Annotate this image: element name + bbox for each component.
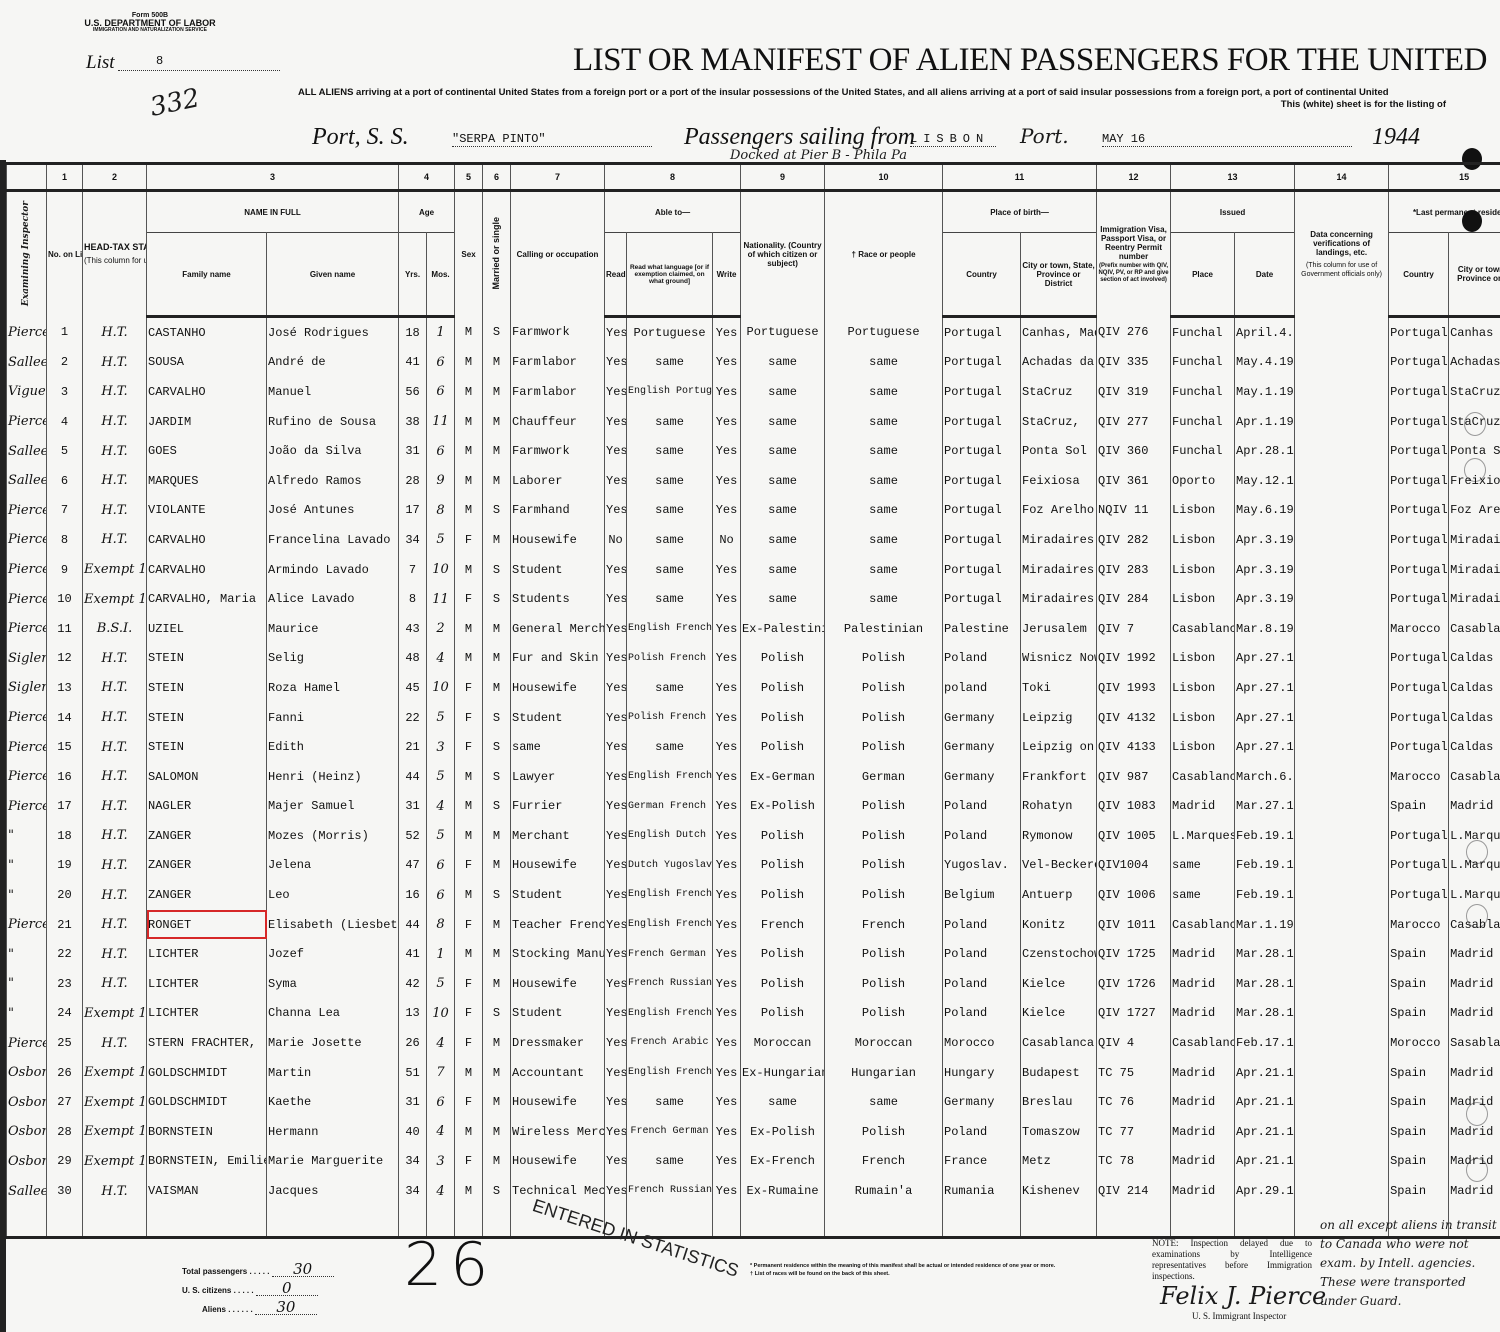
marital-status-cell: S (483, 999, 511, 1029)
issued-place: Madrid (1172, 1066, 1215, 1080)
nationality: same (768, 415, 797, 429)
verification-data-cell (1295, 1117, 1389, 1147)
verification-data-cell (1295, 999, 1389, 1029)
residence-country-cell: Morocco (1389, 1028, 1449, 1058)
age-months: 1 (436, 947, 444, 962)
issued-date: Apr.21.1944 (1236, 1125, 1295, 1139)
age-years: 13 (405, 1006, 419, 1020)
issued-place-cell: Lisbon (1171, 644, 1235, 674)
passenger-row: Sallee5H.T.GOESJoão da Silva316MMFarmwor… (7, 436, 1500, 466)
inspector-initials: Pierce (8, 325, 47, 340)
birth-city-cell: Frankfort (1021, 762, 1097, 792)
age-years-cell: 38 (399, 407, 427, 437)
occupation: Accountant (512, 1066, 584, 1080)
occupation-cell: Teacher French (511, 910, 605, 940)
issued-date: Apr.3.1944 (1236, 533, 1295, 547)
sex: F (465, 533, 472, 547)
list-number-cell: 5 (47, 436, 83, 466)
read-language-cell: same (627, 407, 713, 437)
birth-city-cell: Foz Arelho (1021, 496, 1097, 526)
footnote-residence: * Permanent residence within the meaning… (750, 1262, 1055, 1270)
visa-number-cell: QIV1004 (1097, 851, 1171, 881)
list-number: 6 (61, 474, 68, 488)
birth-country: Poland (944, 1125, 987, 1139)
visa-number: TC 76 (1098, 1095, 1134, 1109)
inspector-initials-cell: " (7, 939, 47, 969)
sex-cell: M (455, 644, 483, 674)
age-months: 7 (436, 1065, 444, 1080)
read-language-cell: English French German (627, 1058, 713, 1088)
marital-status: M (493, 1036, 500, 1050)
issued-place: Lisbon (1172, 681, 1215, 695)
age-months-cell: 4 (427, 644, 455, 674)
head-tax-status-cell: H.T. (83, 821, 147, 851)
inspector-initials: Sallee (8, 1184, 47, 1199)
can-write: No (719, 533, 733, 547)
birth-country: Germany (944, 1095, 994, 1109)
nationality: same (768, 385, 797, 399)
can-read: Yes (606, 770, 627, 784)
marital-status: S (493, 503, 500, 517)
occupation: Students (512, 592, 570, 606)
head-tax-status-cell: H.T. (83, 792, 147, 822)
can-write-cell: Yes (713, 407, 741, 437)
issued-place: Casablanca (1172, 622, 1235, 636)
list-number-cell: 25 (47, 1028, 83, 1058)
read-language: same (655, 415, 684, 429)
sex: M (465, 563, 472, 577)
visa-number: QIV 4133 (1098, 740, 1156, 754)
family-name: GOLDSCHMIDT (148, 1095, 227, 1109)
list-number-cell: 29 (47, 1147, 83, 1177)
read-language: same (655, 1095, 684, 1109)
col-number: 13 (1171, 164, 1295, 191)
read-language-cell: Polish French English (627, 703, 713, 733)
list-number-cell: 20 (47, 880, 83, 910)
issued-place-cell: Madrid (1171, 1087, 1235, 1117)
race-people-cell: same (825, 525, 943, 555)
verification-data-cell (1295, 614, 1389, 644)
birth-country: Portugal (944, 474, 1002, 488)
can-write-cell: Yes (713, 1087, 741, 1117)
residence-country: Spain (1390, 1095, 1426, 1109)
visa-number-cell: QIV 1083 (1097, 792, 1171, 822)
issued-date: Mar.27.1944 (1236, 799, 1295, 813)
occupation: Farmlabor (512, 355, 577, 369)
race-people: Moroccan (855, 1036, 913, 1050)
race-people: Hungarian (851, 1066, 916, 1080)
residence-city: Canhas Madeira (1450, 326, 1500, 340)
nationality: Polish (761, 858, 804, 872)
inspector-initials: Sigler (8, 680, 47, 695)
issued-date-cell: Apr.21.1944 (1235, 1147, 1295, 1177)
issued-place-cell: Lisbon (1171, 555, 1235, 585)
nationality: Polish (761, 888, 804, 902)
head-tax-status: H.T. (101, 414, 127, 429)
read-language-cell: German French English (627, 792, 713, 822)
can-read: Yes (606, 1154, 627, 1168)
can-read: Yes (606, 977, 627, 991)
visa-number-cell: QIV 319 (1097, 377, 1171, 407)
residence-city-cell: Caldas Rainha (1449, 644, 1500, 674)
read-language: English French German (628, 624, 711, 634)
family-name: LICHTER (148, 947, 198, 961)
list-number: 8 (156, 54, 163, 68)
header-place-of-birth: Place of birth— (943, 191, 1097, 233)
marital-status: M (493, 918, 500, 932)
given-name-cell: Channa Lea (267, 999, 399, 1029)
verification-data-cell (1295, 525, 1389, 555)
handwritten-footer-note: on all except aliens in transit to Canad… (1320, 1216, 1500, 1311)
race-people-cell: Polish (825, 1117, 943, 1147)
given-name: Armindo Lavado (268, 563, 369, 577)
race-people: Polish (862, 740, 905, 754)
sex: M (465, 1184, 472, 1198)
birth-country: Portugal (944, 355, 1002, 369)
passenger-row: Sallee30H.T.VAISMANJacques344MSTechnical… (7, 1176, 1500, 1206)
visa-number-cell: QIV 283 (1097, 555, 1171, 585)
verification-data-cell (1295, 732, 1389, 762)
birth-city: Metz (1022, 1154, 1051, 1168)
visa-number: QIV 4132 (1098, 711, 1156, 725)
race-people: same (869, 444, 898, 458)
birth-country-cell: Portugal (943, 496, 1021, 526)
head-tax-status: H.T. (101, 473, 127, 488)
page-subtitle: ALL ALIENS arriving at a port of contine… (298, 87, 1446, 111)
birth-country: Portugal (944, 503, 1002, 517)
visa-number: QIV 1992 (1098, 651, 1156, 665)
header-residence-city: City or town, State, Province or Distric… (1449, 233, 1500, 317)
occupation-cell: Farmwork (511, 317, 605, 348)
list-number: 25 (57, 1036, 71, 1050)
age-years: 44 (405, 918, 419, 932)
issued-date-cell: Apr.21.1944 (1235, 1087, 1295, 1117)
issued-date: Apr.21.1944 (1236, 1154, 1295, 1168)
nationality: same (768, 1095, 797, 1109)
issued-place-cell: Funchal (1171, 436, 1235, 466)
birth-country-cell: Poland (943, 792, 1021, 822)
passenger-row: Osborne29Exempt 105.3cBORNSTEIN, EmilieM… (7, 1147, 1500, 1177)
residence-country: Spain (1390, 799, 1426, 813)
residence-country-cell: Portugal (1389, 555, 1449, 585)
age-years: 21 (405, 740, 419, 754)
read-language: Dutch Yugoslav. (628, 861, 711, 871)
birth-country: Morocco (944, 1036, 994, 1050)
birth-country-cell: Palestine (943, 614, 1021, 644)
given-name-cell: Francelina Lavado (267, 525, 399, 555)
verification-data-cell (1295, 555, 1389, 585)
occupation: Technical Mechanic (512, 1184, 605, 1198)
family-name-cell: CARVALHO (147, 377, 267, 407)
residence-city: StaCruz, (1450, 415, 1500, 429)
can-read-cell: Yes (605, 436, 627, 466)
issued-place: Lisbon (1172, 503, 1215, 517)
given-name-cell: Marie Marguerite (267, 1147, 399, 1177)
given-name-cell: Mozes (Morris) (267, 821, 399, 851)
marital-status: S (493, 770, 500, 784)
can-read-cell: Yes (605, 1058, 627, 1088)
header-no-on-list: No. on List (47, 191, 83, 317)
issued-date-cell: Feb.19.1944 (1235, 880, 1295, 910)
residence-city-cell: Miradaires (1449, 525, 1500, 555)
age-years-cell: 52 (399, 821, 427, 851)
head-tax-status-cell: H.T. (83, 436, 147, 466)
list-number: 7 (61, 503, 68, 517)
read-language: English French German (628, 920, 711, 930)
birth-country: Poland (944, 918, 987, 932)
race-people: same (869, 533, 898, 547)
verification-data-cell (1295, 910, 1389, 940)
race-people: Polish (862, 681, 905, 695)
age-years: 26 (405, 1036, 419, 1050)
inspector-initials-cell: Osborne (7, 1147, 47, 1177)
residence-city: Madrid (1450, 1006, 1493, 1020)
can-write-cell: Yes (713, 732, 741, 762)
inspector-initials: Osborne (8, 1154, 47, 1169)
age-months-cell: 6 (427, 348, 455, 378)
list-number: 30 (57, 1184, 71, 1198)
list-number-cell: 4 (47, 407, 83, 437)
issued-date-cell: March.6.1944 (1235, 762, 1295, 792)
head-tax-status-cell: H.T. (83, 1176, 147, 1206)
inspector-initials-cell: Vigue (7, 377, 47, 407)
residence-country-cell: Portugal (1389, 436, 1449, 466)
birth-country-cell: Morocco (943, 1028, 1021, 1058)
residence-city: L.Marques (1450, 829, 1500, 843)
given-name: Leo (268, 888, 290, 902)
age-years-cell: 34 (399, 1147, 427, 1177)
issued-place-cell: Lisbon (1171, 525, 1235, 555)
us-citizens: U. S. citizens . . . . . 0 (182, 1281, 334, 1300)
passenger-row: Pierce25H.T.STERN FRACHTER,Marie Josette… (7, 1028, 1500, 1058)
head-tax-status-cell: H.T. (83, 851, 147, 881)
list-number-cell: 7 (47, 496, 83, 526)
race-people: French (862, 918, 905, 932)
head-tax-status-cell: H.T. (83, 348, 147, 378)
list-number: 4 (61, 415, 68, 429)
col-number: 4 (399, 164, 455, 191)
issued-date-cell: May.4.1944 (1235, 348, 1295, 378)
age-years-cell: 40 (399, 1117, 427, 1147)
can-read: Yes (606, 651, 627, 665)
sex: F (465, 1154, 472, 1168)
visa-number-cell: QIV 361 (1097, 466, 1171, 496)
read-language: English Dutch Polish (628, 831, 711, 841)
birth-country-cell: Poland (943, 821, 1021, 851)
can-write-cell: Yes (713, 1058, 741, 1088)
marital-status: S (493, 563, 500, 577)
issued-date: Apr.27.1944 (1236, 681, 1295, 695)
issued-date: Apr.27.1944 (1236, 711, 1295, 725)
marital-status: M (493, 533, 500, 547)
issued-date-cell: May.6.1944 (1235, 496, 1295, 526)
birth-city: Foz Arelho (1022, 503, 1094, 517)
birth-country: poland (944, 681, 987, 695)
occupation-cell: Housewife (511, 1087, 605, 1117)
header-row-1: Examining Inspector No. on List HEAD-TAX… (7, 191, 1500, 233)
birth-city: Breslau (1022, 1095, 1072, 1109)
marital-status-cell: M (483, 939, 511, 969)
given-name-cell: Alfredo Ramos (267, 466, 399, 496)
nationality-cell: Polish (741, 880, 825, 910)
column-number-row: 1 2 3 4 5 6 7 8 9 10 11 12 13 14 15 (7, 164, 1500, 191)
age-years: 47 (405, 858, 419, 872)
can-write-cell: Yes (713, 496, 741, 526)
head-tax-status: Exempt 105.3(b) (84, 592, 147, 607)
issued-date-cell: Apr.27.1944 (1235, 732, 1295, 762)
birth-city: Budapest (1022, 1066, 1080, 1080)
age-months-cell: 4 (427, 1117, 455, 1147)
sex-cell: F (455, 525, 483, 555)
visa-number: NQIV 11 (1098, 503, 1148, 517)
sex-cell: M (455, 1176, 483, 1206)
given-name: Roza Hamel (268, 681, 340, 695)
footnotes: * Permanent residence within the meaning… (750, 1262, 1055, 1278)
occupation-cell: Farmlabor (511, 377, 605, 407)
issued-date: Mar.28.1944 (1236, 947, 1295, 961)
age-months: 4 (436, 651, 444, 666)
visa-number-cell: QIV 4132 (1097, 703, 1171, 733)
birth-city-cell: Wisnicz Nowy (1021, 644, 1097, 674)
inspector-initials: Pierce (8, 414, 47, 429)
occupation-cell: Housewife (511, 673, 605, 703)
verification-data-cell (1295, 466, 1389, 496)
sex: M (465, 444, 472, 458)
race-people-cell: same (825, 436, 943, 466)
birth-city: Vel-Beckereck (1022, 858, 1097, 872)
verification-data-cell (1295, 407, 1389, 437)
birth-city: Rymonow (1022, 829, 1072, 843)
race-people: Polish (862, 977, 905, 991)
can-read-cell: Yes (605, 348, 627, 378)
age-years-cell: 13 (399, 999, 427, 1029)
birth-country: Belgium (944, 888, 994, 902)
residence-city-cell: Achadas da Cruz (1449, 348, 1500, 378)
given-name-cell: Rufino de Sousa (267, 407, 399, 437)
list-number: 2 (61, 355, 68, 369)
age-months-cell: 6 (427, 880, 455, 910)
visa-number: QIV 1727 (1098, 1006, 1156, 1020)
can-write-cell: Yes (713, 555, 741, 585)
residence-country: Portugal (1390, 503, 1448, 517)
can-read: Yes (606, 355, 627, 369)
issued-place-cell: Lisbon (1171, 732, 1235, 762)
residence-country-cell: Spain (1389, 1147, 1449, 1177)
age-years: 17 (405, 503, 419, 517)
list-number: 23 (57, 977, 71, 991)
race-people-cell: same (825, 407, 943, 437)
list-number-cell: 19 (47, 851, 83, 881)
nationality: Ex-Polish (750, 799, 815, 813)
can-write-cell: Yes (713, 466, 741, 496)
issued-date-cell: Apr.27.1944 (1235, 644, 1295, 674)
residence-country-cell: Portugal (1389, 584, 1449, 614)
nationality-cell: same (741, 407, 825, 437)
residence-country: Portugal (1390, 888, 1448, 902)
occupation: Housewife (512, 1154, 577, 1168)
birth-country: Poland (944, 799, 987, 813)
visa-number-cell: TC 78 (1097, 1147, 1171, 1177)
given-name-cell: Hermann (267, 1117, 399, 1147)
residence-city: Miradaires (1450, 563, 1500, 577)
sex: F (465, 1006, 472, 1020)
inspector-initials: Sallee (8, 473, 47, 488)
given-name-cell: Jozef (267, 939, 399, 969)
visa-number: QIV 319 (1098, 385, 1148, 399)
race-people-cell: Polish (825, 999, 943, 1029)
issued-date-cell: Apr.3.1944 (1235, 584, 1295, 614)
birth-city-cell: StaCruz (1021, 377, 1097, 407)
inspector-initials-cell: " (7, 851, 47, 881)
residence-country-cell: Portugal (1389, 821, 1449, 851)
marital-status: M (493, 947, 500, 961)
verification-data-cell (1295, 821, 1389, 851)
issued-date: Apr.28.1944 (1236, 444, 1295, 458)
marital-status-cell: M (483, 910, 511, 940)
empty-cell (267, 1206, 399, 1238)
sex: M (465, 355, 472, 369)
family-name-cell: UZIEL (147, 614, 267, 644)
marital-status-cell: M (483, 1087, 511, 1117)
issued-place-cell: Madrid (1171, 1117, 1235, 1147)
marital-status: M (493, 681, 500, 695)
age-months-cell: 10 (427, 999, 455, 1029)
list-number: 5 (61, 444, 68, 458)
empty-cell (7, 1206, 47, 1238)
visa-number-cell: QIV 335 (1097, 348, 1171, 378)
visa-number-cell: QIV 4133 (1097, 732, 1171, 762)
marital-status-cell: S (483, 762, 511, 792)
birth-city: Rohatyn (1022, 799, 1072, 813)
marital-status-cell: M (483, 348, 511, 378)
col-number: 11 (943, 164, 1097, 191)
sex-cell: F (455, 1028, 483, 1058)
can-read: Yes (606, 385, 627, 399)
birth-city-cell: Kishenev (1021, 1176, 1097, 1206)
can-write-cell: Yes (713, 910, 741, 940)
family-name-cell: LICHTER (147, 999, 267, 1029)
sex-cell: F (455, 999, 483, 1029)
birth-city: StaCruz, (1022, 415, 1080, 429)
birth-country: Poland (944, 977, 987, 991)
nationality-cell: same (741, 496, 825, 526)
issued-place: same (1172, 858, 1201, 872)
inspector-initials-cell: Sigler (7, 644, 47, 674)
sex-cell: M (455, 762, 483, 792)
age-years: 56 (405, 385, 419, 399)
verification-data-cell (1295, 851, 1389, 881)
subtitle-line-1: ALL ALIENS arriving at a port of contine… (298, 87, 1446, 99)
birth-country-cell: Hungary (943, 1058, 1021, 1088)
can-read-cell: Yes (605, 969, 627, 999)
age-months-cell: 3 (427, 1147, 455, 1177)
age-months-cell: 1 (427, 939, 455, 969)
visa-number: QIV 1011 (1098, 918, 1156, 932)
age-months: 4 (436, 1184, 444, 1199)
occupation: Merchant (512, 829, 570, 843)
given-name: José Antunes (268, 503, 354, 517)
inspector-initials: Sallee (8, 444, 47, 459)
age-years: 41 (405, 355, 419, 369)
list-number-cell: 27 (47, 1087, 83, 1117)
occupation: Stocking Manufacturer (512, 947, 605, 961)
residence-city: Caldas Rainha (1450, 651, 1500, 665)
verification-data-cell (1295, 317, 1389, 348)
marital-status: M (493, 651, 500, 665)
race-people-cell: Polish (825, 732, 943, 762)
residence-city-cell: Ponta Sol (1449, 436, 1500, 466)
residence-country: Spain (1390, 977, 1426, 991)
